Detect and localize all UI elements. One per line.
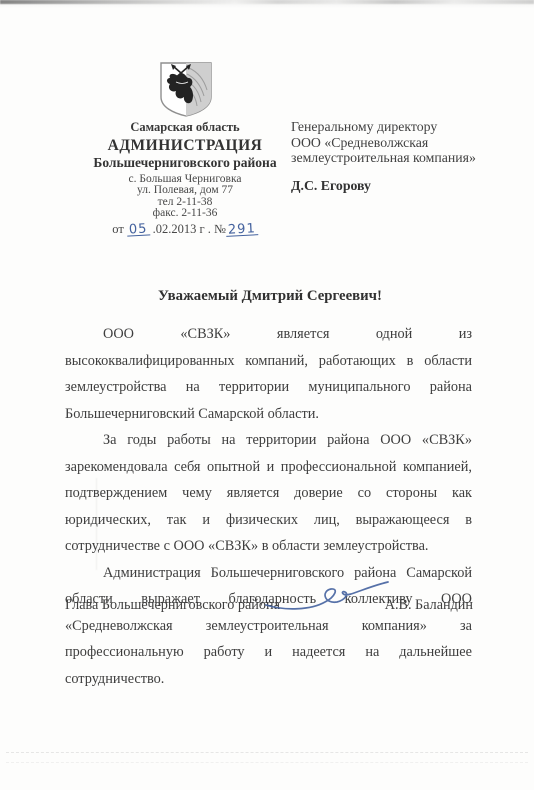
date-number-line: от 05 .02.2013 г . №291 [72, 223, 298, 237]
recipient-line2: ООО «Средневолжская [291, 135, 476, 151]
handwritten-number: 291 [226, 223, 258, 237]
scan-artifact-bottom-line [6, 752, 528, 754]
sender-fax: факс. 2-11-36 [72, 208, 298, 220]
date-prefix: от [112, 222, 124, 236]
handwritten-date-day: 05 [127, 223, 150, 236]
scanned-letter-page: Самарская область АДМИНИСТРАЦИЯ Большече… [0, 0, 534, 790]
recipient-name: Д.С. Егорову [291, 178, 476, 194]
recipient-block: Генеральному директору ООО «Средневолжск… [291, 119, 476, 193]
sender-address-line2: ул. Полевая, дом 77 [72, 185, 298, 197]
recipient-line1: Генеральному директору [291, 119, 476, 135]
recipient-line3: землеустроительная компания» [291, 150, 476, 166]
body-paragraph-2: За годы работы на территории района ООО … [65, 427, 472, 560]
sender-org-name2: Большечерниговского района [72, 156, 298, 171]
date-rest: .02.2013 г . [153, 222, 211, 236]
sender-region: Самарская область [72, 121, 298, 135]
number-sign: № [214, 222, 226, 236]
handwritten-signature-icon [263, 579, 391, 613]
signer-name: А.В. Баландин [385, 597, 473, 614]
signer-position: Глава Большечерниговского района [65, 597, 280, 614]
coat-of-arms-icon [156, 60, 216, 120]
scan-artifact-bottom-line2 [6, 762, 528, 764]
scan-artifact-top [0, 0, 534, 4]
sender-header-block: Самарская область АДМИНИСТРАЦИЯ Большече… [72, 121, 298, 236]
sender-org-name: АДМИНИСТРАЦИЯ [72, 137, 298, 154]
letter-body: ООО «СВЗК» является одной из высококвали… [65, 321, 472, 692]
salutation: Уважаемый Дмитрий Сергеевич! [65, 288, 475, 305]
body-paragraph-1: ООО «СВЗК» является одной из высококвали… [65, 321, 472, 427]
